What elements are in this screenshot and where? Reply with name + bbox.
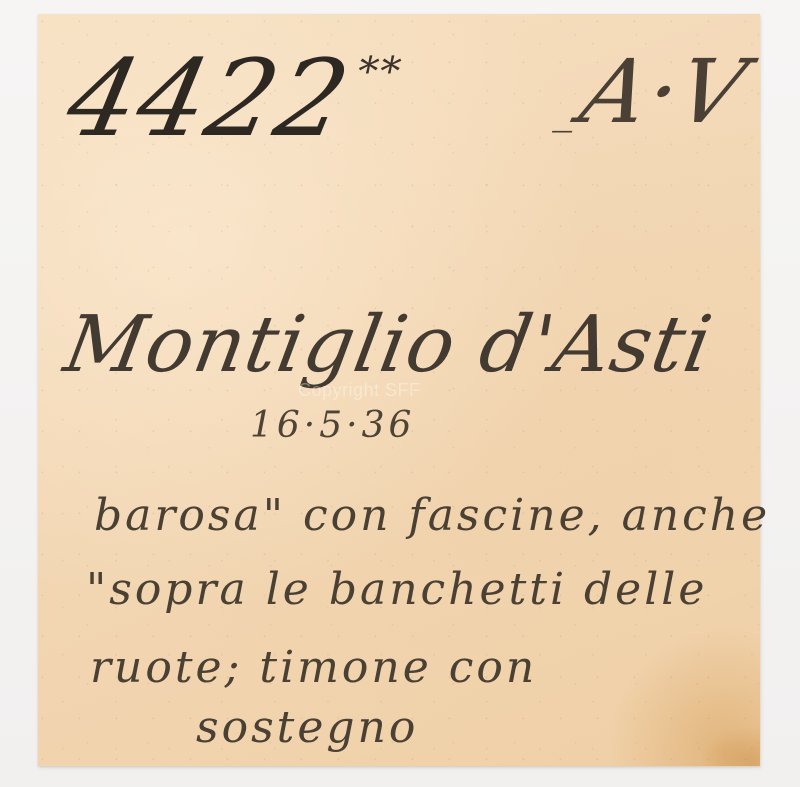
note-line: sostegno (196, 706, 418, 750)
note-line: barosa" con fascine, anche (94, 494, 770, 538)
initials-value: A·V (571, 40, 758, 143)
catalog-number-value: 4422 (57, 37, 361, 160)
corner-stain (700, 726, 760, 766)
author-initials: _A·V (551, 48, 756, 136)
catalog-marks: ** (353, 49, 407, 95)
scan-background: 4422** _A·V Montiglio d'Asti Copyright S… (0, 0, 800, 787)
note-line: ruote; timone con (90, 646, 537, 690)
date: 16·5·36 (250, 408, 415, 444)
copyright-watermark: Copyright SFF (298, 380, 421, 401)
place-name: Montiglio d'Asti (59, 306, 718, 384)
catalog-number: 4422** (59, 46, 407, 152)
note-line: "sopra le banchetti delle (86, 568, 707, 612)
